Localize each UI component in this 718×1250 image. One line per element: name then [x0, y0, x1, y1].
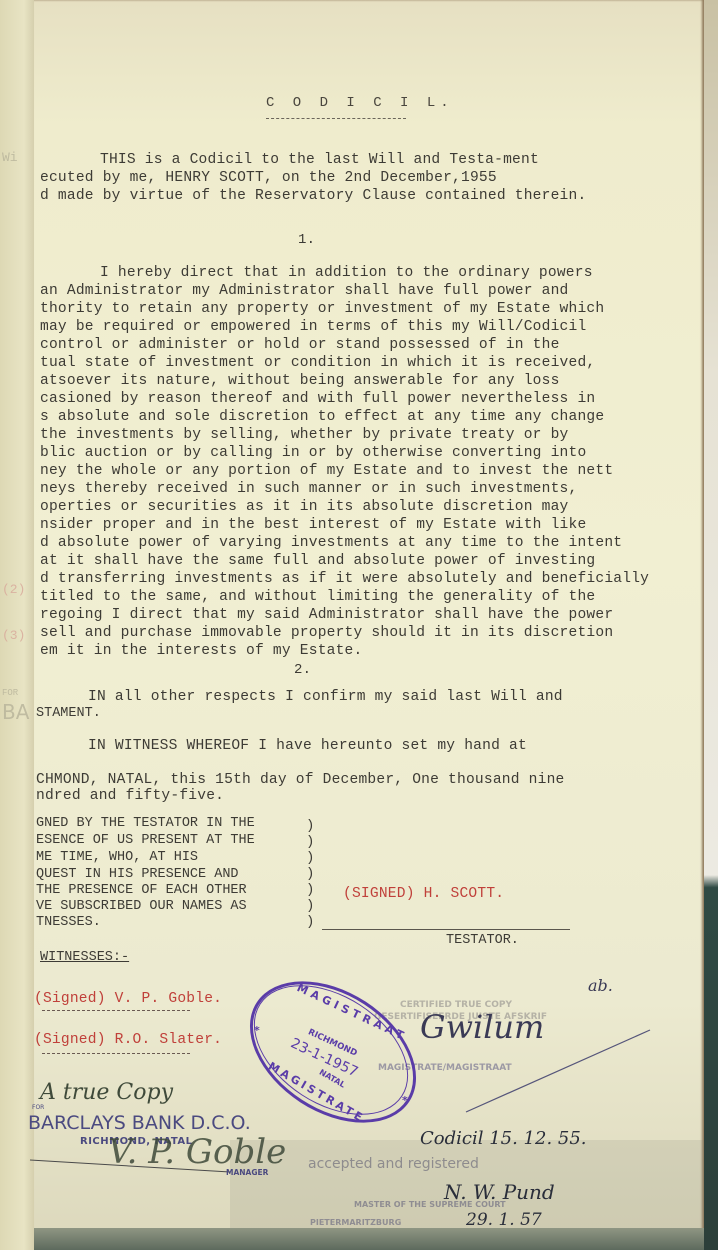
witness-line — [42, 1010, 190, 1011]
clause-number: 1. — [298, 232, 315, 248]
clause-line: d absolute power of varying investments … — [40, 535, 622, 551]
bracket: ) — [306, 834, 314, 850]
registration-stamp-text: accepted and registered — [308, 1156, 479, 1172]
master-office: MASTER OF THE SUPREME COURT — [354, 1200, 506, 1209]
testator-signature-line — [322, 929, 570, 930]
ghost-text: (2) — [2, 582, 25, 597]
bracket: ) — [306, 914, 314, 930]
clause-line: the investments by selling, whether by p… — [40, 427, 569, 443]
witness-clause-line: ndred and fifty-five. — [36, 788, 224, 804]
clause-line: I hereby direct that in addition to the … — [100, 265, 593, 281]
bracket: ) — [306, 850, 314, 866]
magistrate-signature: Gwilum — [420, 1008, 544, 1046]
bank-name: BARCLAYS BANK D.C.O. — [28, 1112, 251, 1134]
clause-line: em it in the interests of my Estate. — [40, 643, 362, 659]
desk-background — [704, 0, 718, 1250]
witness-line — [42, 1053, 190, 1054]
clause-line: d transferring investments as if it were… — [40, 571, 649, 587]
clause-line: tual state of investment or condition in… — [40, 355, 595, 371]
ghost-text: Wi — [2, 150, 18, 165]
witness-signature: (Signed) V. P. Goble. — [34, 991, 222, 1007]
witness-clause-line: CHMOND, NATAL, this 15th day of December… — [36, 772, 565, 788]
clause-line: nsider proper and in the best interest o… — [40, 517, 586, 533]
registration-note: Codicil 15. 12. 55. — [420, 1128, 587, 1149]
bracket: ) — [306, 882, 314, 898]
attestation-line: THE PRESENCE OF EACH OTHER — [36, 883, 247, 898]
master-place: PIETERMARITZBURG — [310, 1218, 401, 1227]
clause-number: 2. — [294, 662, 311, 678]
registration-date: 29. 1. 57 — [466, 1210, 542, 1230]
testator-label: TESTATOR. — [446, 933, 519, 948]
clause-line: an Administrator my Administrator shall … — [40, 283, 569, 299]
ghost-text: (3) — [2, 628, 25, 643]
attestation-line: VE SUBSCRIBED OUR NAMES AS — [36, 899, 247, 914]
clause-line: operties or securities as it in its abso… — [40, 499, 569, 515]
document-title: C O D I C I L. — [266, 95, 454, 111]
bank-for-label: FOR — [32, 1104, 44, 1111]
clause-line: sell and purchase immovable property sho… — [40, 625, 613, 641]
clause-line: neys thereby received in such manner or … — [40, 481, 577, 497]
ghost-text: BA — [2, 700, 29, 724]
clause-line: control or administer or hold or stand p… — [40, 337, 560, 353]
clause-line: s absolute and sole discretion to effect… — [40, 409, 604, 425]
star-icon: * — [254, 1024, 260, 1037]
clause-line: IN all other respects I confirm my said … — [88, 689, 563, 705]
attestation-line: TNESSES. — [36, 915, 101, 930]
attestation-line: QUEST IN HIS PRESENCE AND — [36, 867, 239, 882]
preamble-line: d made by virtue of the Reservatory Clau… — [40, 188, 586, 204]
bracket: ) — [306, 818, 314, 834]
clause-line: may be required or empowered in terms of… — [40, 319, 586, 335]
clause-line: atsoever its nature, without being answe… — [40, 373, 560, 389]
clause-line: titled to the same, and without limiting… — [40, 589, 595, 605]
true-copy-handwritten: A true Copy — [40, 1080, 173, 1105]
clause-line: casioned by reason thereof and with full… — [40, 391, 595, 407]
clause-line: regoing I direct that my said Administra… — [40, 607, 613, 623]
attestation-line: GNED BY THE TESTATOR IN THE — [36, 816, 255, 831]
ghost-text: FOR — [2, 688, 18, 698]
initials: ab. — [588, 976, 613, 995]
attestation-line: ESENCE OF US PRESENT AT THE — [36, 833, 255, 848]
bank-manager-title: MANAGER — [226, 1168, 268, 1177]
clause-line: ney the whole or any portion of my Estat… — [40, 463, 613, 479]
clause-line: thority to retain any property or invest… — [40, 301, 604, 317]
witness-clause-line: IN WITNESS WHEREOF I have hereunto set m… — [88, 738, 527, 754]
testator-signature: (SIGNED) H. SCOTT. — [343, 886, 504, 902]
attestation-line: ME TIME, WHO, AT HIS — [36, 850, 198, 865]
desk-bottom — [34, 1228, 704, 1250]
clause-line: at it shall have the same full and absol… — [40, 553, 595, 569]
witnesses-label: WITNESSES:- — [40, 950, 129, 965]
clause-line: blic auction or by calling in or by othe… — [40, 445, 586, 461]
clause-line: STAMENT. — [36, 706, 101, 721]
preamble-line: THIS is a Codicil to the last Will and T… — [100, 152, 539, 168]
witness-signature: (Signed) R.O. Slater. — [34, 1032, 222, 1048]
bracket: ) — [306, 866, 314, 882]
bank-manager-signature: V. P. Goble — [108, 1132, 286, 1172]
title-underline — [266, 117, 406, 119]
star-icon: * — [402, 1094, 408, 1107]
bracket: ) — [306, 898, 314, 914]
preamble-line: ecuted by me, HENRY SCOTT, on the 2nd De… — [40, 170, 497, 186]
